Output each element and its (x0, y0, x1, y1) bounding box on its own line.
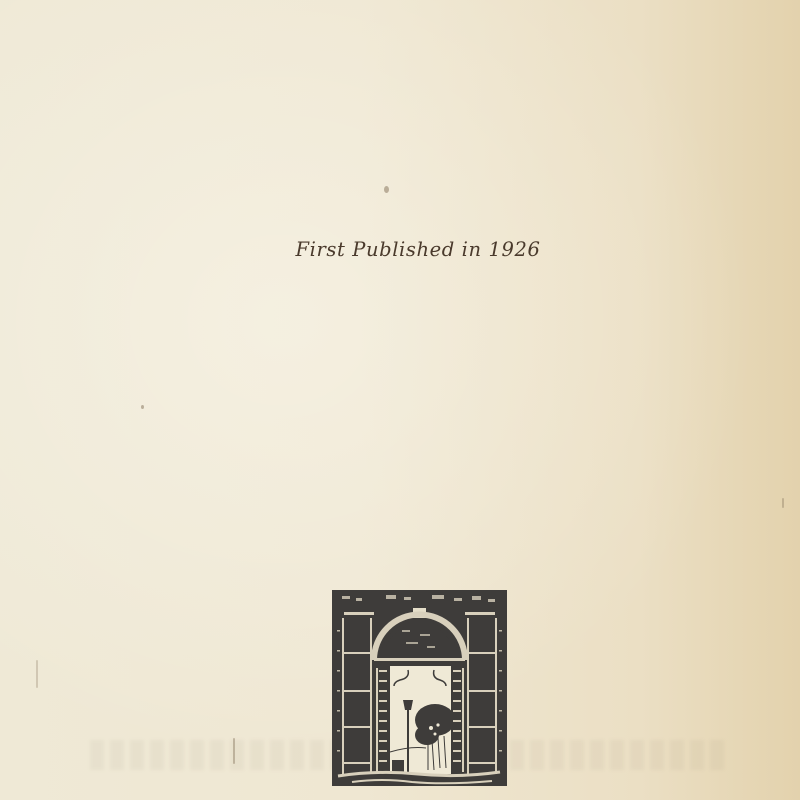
paper-speck (141, 405, 144, 409)
paper-mark (233, 738, 235, 764)
paper-speck (384, 186, 389, 193)
publisher-doorway-woodcut-icon (332, 590, 507, 786)
imprint-line: First Published in 1926 (0, 238, 800, 261)
paper-mark (36, 660, 38, 688)
paper-mark (782, 498, 784, 508)
